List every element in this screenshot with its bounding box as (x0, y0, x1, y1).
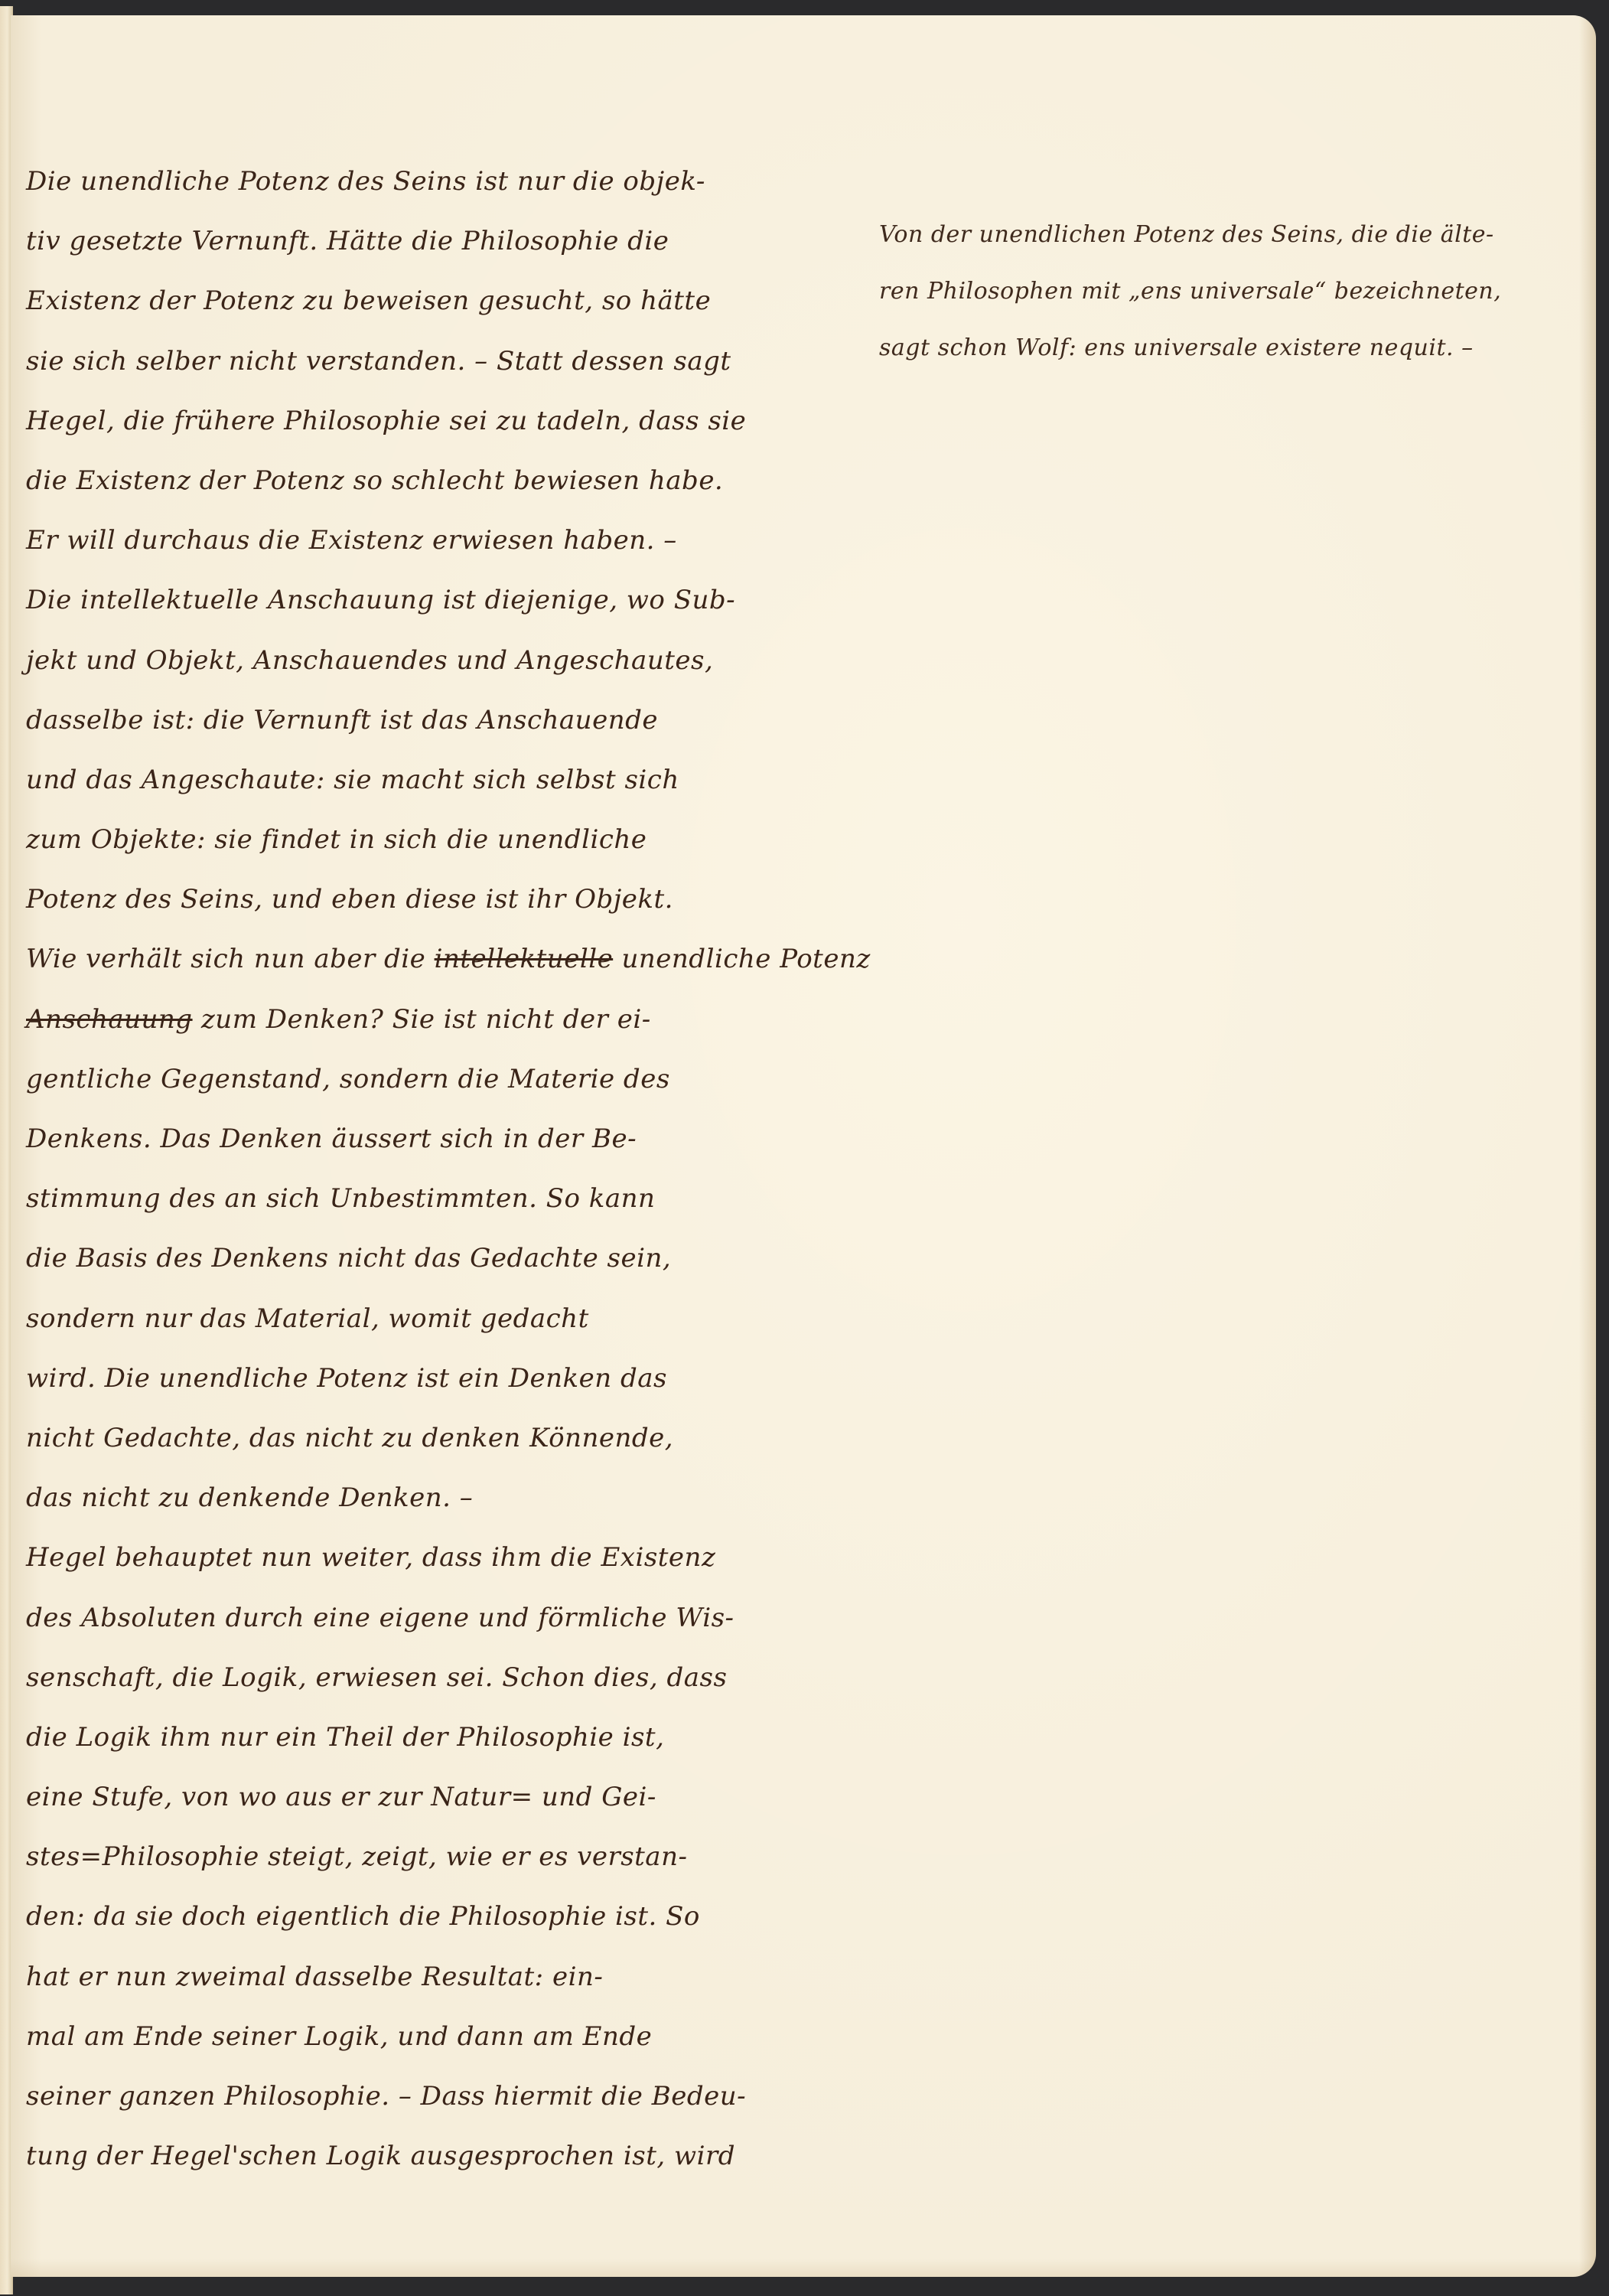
struck-word: Anschauung (26, 1004, 193, 1035)
text-line: und das Angeschaute: sie macht sich selb… (26, 750, 852, 810)
text-line: dasselbe ist: die Vernunft ist das Ansch… (26, 690, 852, 750)
text-line: die Basis des Denkens nicht das Gedachte… (26, 1228, 852, 1288)
text-line: stimmung des an sich Unbestimmten. So ka… (26, 1169, 852, 1228)
text-line: sondern nur das Material, womit gedacht (26, 1289, 852, 1349)
text-line: tiv gesetzte Vernunft. Hätte die Philoso… (26, 211, 852, 271)
text-line: den: da sie doch eigentlich die Philosop… (26, 1887, 852, 1946)
text-line: Existenz der Potenz zu beweisen gesucht,… (26, 271, 852, 331)
text-line: tung der Hegel'schen Logik ausgesprochen… (26, 2126, 852, 2186)
text-segment: Wie verhält sich nun aber die (26, 944, 435, 974)
text-line: des Absoluten durch eine eigene und förm… (26, 1588, 852, 1648)
text-line: Hegel, die frühere Philosophie sei zu ta… (26, 391, 852, 451)
text-line: jekt und Objekt, Anschauendes und Angesc… (26, 631, 852, 690)
text-line: die Logik ihm nur ein Theil der Philosop… (26, 1707, 852, 1767)
text-line: zum Objekte: sie findet in sich die unen… (26, 810, 852, 869)
margin-note-line: ren Philosophen mit „ens universale“ bez… (879, 263, 1609, 320)
text-line: Denkens. Das Denken äussert sich in der … (26, 1109, 852, 1169)
text-line-with-deletion: Wie verhält sich nun aber die intellektu… (26, 929, 852, 989)
text-line: eine Stufe, von wo aus er zur Natur= und… (26, 1767, 852, 1827)
text-line: mal am Ende seiner Logik, und dann am En… (26, 2007, 852, 2066)
text-line: das nicht zu denkende Denken. – (26, 1468, 852, 1528)
text-line: Die intellektuelle Anschauung ist diejen… (26, 570, 852, 630)
text-line: Er will durchaus die Existenz erwiesen h… (26, 510, 852, 570)
text-segment: unendliche Potenz (613, 944, 871, 974)
text-line: nicht Gedachte, das nicht zu denken Könn… (26, 1408, 852, 1468)
struck-word: intellektuelle (435, 944, 614, 974)
text-line: hat er nun zweimal dasselbe Resultat: ei… (26, 1947, 852, 2007)
text-line: stes=Philosophie steigt, zeigt, wie er e… (26, 1827, 852, 1887)
marginal-note: Von der unendlichen Potenz des Seins, di… (879, 207, 1609, 377)
text-line-with-deletion: Anschauung zum Denken? Sie ist nicht der… (26, 990, 852, 1049)
text-line: seiner ganzen Philosophie. – Dass hiermi… (26, 2066, 852, 2126)
text-line: sie sich selber nicht verstanden. – Stat… (26, 331, 852, 391)
text-line: Die unendliche Potenz des Seins ist nur … (26, 152, 852, 211)
margin-note-line: sagt schon Wolf: ens universale existere… (879, 320, 1609, 377)
margin-note-line: Von der unendlichen Potenz des Seins, di… (879, 207, 1609, 263)
main-text-column: Die unendliche Potenz des Seins ist nur … (26, 152, 852, 2186)
text-line: Hegel behauptet nun weiter, dass ihm die… (26, 1528, 852, 1587)
text-line: die Existenz der Potenz so schlecht bewi… (26, 451, 852, 510)
manuscript-page: Die unendliche Potenz des Seins ist nur … (11, 15, 1596, 2277)
text-line: Potenz des Seins, und eben diese ist ihr… (26, 869, 852, 929)
text-line: senschaft, die Logik, erwiesen sei. Scho… (26, 1648, 852, 1707)
text-segment: zum Denken? Sie ist nicht der ei- (193, 1004, 651, 1035)
text-line: wird. Die unendliche Potenz ist ein Denk… (26, 1349, 852, 1408)
text-line: gentliche Gegenstand, sondern die Materi… (26, 1049, 852, 1109)
